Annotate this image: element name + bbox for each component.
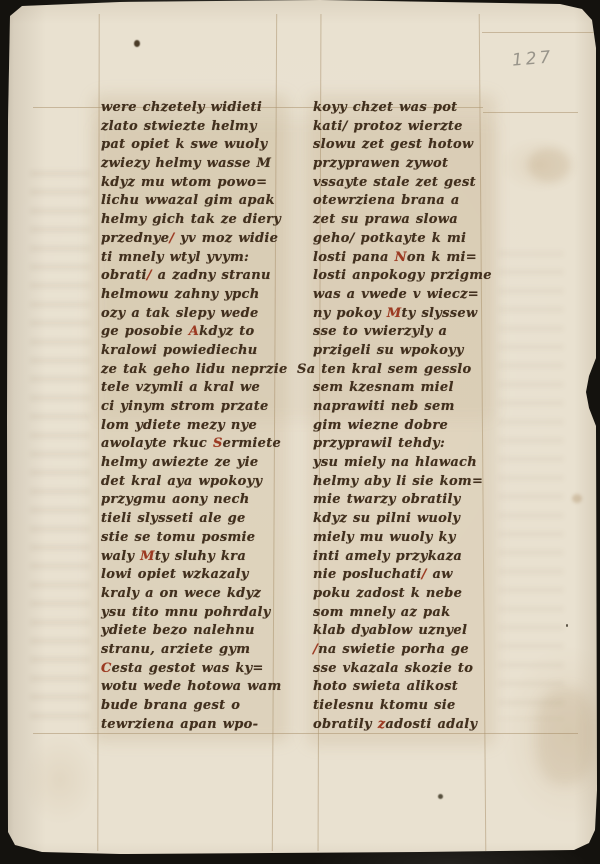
text-line: przyprawil tehdy: xyxy=(313,435,498,454)
text-segment: zwiezy helmy wasse M xyxy=(101,156,271,171)
text-segment: lom ydiete mezy nye xyxy=(101,418,257,433)
text-line: pat opiet k swe wuoly xyxy=(101,136,286,155)
text-segment: ze tak geho lidu neprzie xyxy=(101,362,288,377)
text-segment: lowi opiet wzkazaly xyxy=(101,567,249,582)
text-line: wotu wede hotowa wam xyxy=(101,678,286,697)
text-segment: pat opiet k swe wuoly xyxy=(101,137,268,152)
text-line: kdyz mu wtom powo= xyxy=(101,174,286,193)
text-segment: kdyz to xyxy=(199,324,254,339)
text-segment: som mnely az pak xyxy=(313,605,450,620)
text-line: slowu zet gest hotow xyxy=(313,136,498,155)
text-line: klab dyablow uznyel xyxy=(313,622,498,641)
text-line: kati/ protoz wierzte xyxy=(313,118,498,137)
text-segment: zlato stwiezte helmy xyxy=(101,119,257,134)
text-segment: kraly a on wece kdyz xyxy=(101,586,261,601)
text-segment: sse to vwierzyly a xyxy=(313,324,447,339)
text-line: were chzetely widieti xyxy=(101,99,286,118)
manuscript-photo: 127 were chzetely widietizlato stwiezte … xyxy=(0,0,600,864)
rubric-mark: N xyxy=(395,250,407,265)
rubric-mark: S xyxy=(213,436,223,451)
text-segment: det kral aya wpokoyy xyxy=(101,474,262,489)
text-segment: nie posluchati xyxy=(313,567,422,582)
speck xyxy=(566,624,568,627)
text-line: zwiezy helmy wasse M xyxy=(101,155,286,174)
text-line: sem kzesnam miel xyxy=(313,379,498,398)
rubric-mark: z xyxy=(372,717,386,732)
text-segment: gim wiezne dobre xyxy=(313,418,448,433)
text-segment: klab dyablow uznyel xyxy=(313,623,467,638)
text-line: przigeli su wpokoyy xyxy=(313,342,498,361)
text-segment: Sa ten kral sem gesslo xyxy=(297,362,471,377)
text-segment: ozy a tak slepy wede xyxy=(101,306,259,321)
rubric-mark: A xyxy=(189,324,199,339)
text-line: przygmu aony nech xyxy=(101,491,286,510)
text-line: tewrziena apan wpo- xyxy=(101,716,286,735)
text-segment: losti anpokogy przigme xyxy=(313,268,492,283)
text-segment: esta gestot was ky= xyxy=(112,661,264,676)
text-segment: stie se tomu posmie xyxy=(101,530,255,545)
text-line: zlato stwiezte helmy xyxy=(101,118,286,137)
text-line: tielesnu ktomu sie xyxy=(313,697,498,716)
text-line: ze tak geho lidu neprzie xyxy=(101,361,286,380)
text-line: mie twarzy obratily xyxy=(313,491,498,510)
text-line: koyy chzet was pot xyxy=(313,99,498,118)
text-segment: inti amely przykaza xyxy=(313,549,462,564)
text-segment: na swietie porha ge xyxy=(318,642,469,657)
text-segment: were chzetely widieti xyxy=(101,100,262,115)
text-line: lom ydiete mezy nye xyxy=(101,417,286,436)
text-line: ysu tito mnu pohrdaly xyxy=(101,604,286,623)
text-line: sse vkazala skozie to xyxy=(313,660,498,679)
text-segment: tele vzymli a kral we xyxy=(101,380,260,395)
text-line: miely mu wuoly ky xyxy=(313,529,498,548)
text-segment: sem kzesnam miel xyxy=(313,380,454,395)
text-line: kralowi powiediechu xyxy=(101,342,286,361)
text-segment: on k mi= xyxy=(407,250,477,265)
text-segment: przygmu aony nech xyxy=(101,492,250,507)
text-segment: bude brana gest o xyxy=(101,698,240,713)
text-line: ci yinym strom przate xyxy=(101,398,286,417)
text-segment: koyy chzet was pot xyxy=(313,100,458,115)
text-segment: aw xyxy=(427,567,453,582)
text-segment: helmy aby li sie kom= xyxy=(313,474,483,489)
text-line: otewrziena brana a xyxy=(313,192,498,211)
text-segment: ge posobie xyxy=(101,324,189,339)
text-segment: przednye xyxy=(101,231,169,246)
show-through-text xyxy=(498,250,564,720)
text-segment: przyprawil tehdy: xyxy=(313,436,445,451)
text-segment: miely mu wuoly ky xyxy=(313,530,456,545)
text-segment: vssayte stale zet gest xyxy=(313,175,476,190)
text-line: gim wiezne dobre xyxy=(313,417,498,436)
text-line: stranu, arziete gym xyxy=(101,641,286,660)
text-segment: obratily xyxy=(313,717,372,732)
rubric-mark: M xyxy=(387,306,402,321)
text-segment: ysu tito mnu pohrdaly xyxy=(101,605,271,620)
text-line: helmy aby li sie kom= xyxy=(313,473,498,492)
text-line: sse to vwierzyly a xyxy=(313,323,498,342)
photo-background: { "page": { "folio_number": "127", "colo… xyxy=(0,0,600,864)
text-segment: adosti adaly xyxy=(385,717,477,732)
text-segment: yv moz widie xyxy=(174,231,278,246)
stain xyxy=(572,494,582,503)
text-segment: przyprawen zywot xyxy=(313,156,448,171)
text-line: inti amely przykaza xyxy=(313,548,498,567)
text-segment: kati/ protoz wierzte xyxy=(313,119,463,134)
text-segment: lichu wwazal gim apak xyxy=(101,193,275,208)
text-line: vssayte stale zet gest xyxy=(313,174,498,193)
text-segment: tewrziena apan wpo- xyxy=(101,717,258,732)
text-line: was a vwede v wiecz= xyxy=(313,286,498,305)
text-line: przyprawen zywot xyxy=(313,155,498,174)
text-column-left: were chzetely widietizlato stwiezte helm… xyxy=(101,99,286,734)
text-segment: sse vkazala skozie to xyxy=(313,661,473,676)
text-line: awolayte rkuc Sermiete xyxy=(101,435,286,454)
text-line: ysu miely na hlawach xyxy=(313,454,498,473)
text-segment: slowu zet gest hotow xyxy=(313,137,473,152)
text-segment: ty slyssew xyxy=(401,306,477,321)
text-segment: kdyz su pilni wuoly xyxy=(313,511,460,526)
text-segment: hoto swieta alikost xyxy=(313,679,458,694)
text-segment: zet su prawa slowa xyxy=(313,212,458,227)
show-through-text xyxy=(30,170,90,730)
text-line: ti mnely wtyl yvym: xyxy=(101,249,286,268)
text-segment: helmy gich tak ze diery xyxy=(101,212,281,227)
text-segment: poku zadost k nebe xyxy=(313,586,462,601)
text-segment: helmowu zahny ypch xyxy=(101,287,259,302)
text-line: geho/ potkayte k mi xyxy=(313,230,498,249)
text-line: zet su prawa slowa xyxy=(313,211,498,230)
text-segment: ermiete xyxy=(223,436,281,451)
text-segment: kdyz mu wtom powo= xyxy=(101,175,267,190)
ink-dot xyxy=(438,794,443,799)
text-line: tieli slysseti ale ge xyxy=(101,510,286,529)
text-line: ydiete bezo nalehnu xyxy=(101,622,286,641)
text-line: lowi opiet wzkazaly xyxy=(101,566,286,585)
ruling-line xyxy=(482,32,596,33)
folio-number: 127 xyxy=(511,47,554,71)
text-line: Sa ten kral sem gesslo xyxy=(297,361,498,380)
text-segment: ysu miely na hlawach xyxy=(313,455,477,470)
text-segment: ti mnely wtyl yvym: xyxy=(101,250,249,265)
text-segment: wotu wede hotowa wam xyxy=(101,679,282,694)
text-line: ny pokoy Mty slyssew xyxy=(313,305,498,324)
text-line: naprawiti neb sem xyxy=(313,398,498,417)
text-line: stie se tomu posmie xyxy=(101,529,286,548)
text-segment: tieli slysseti ale ge xyxy=(101,511,246,526)
text-line: Cesta gestot was ky= xyxy=(101,660,286,679)
text-line: nie posluchati/ aw xyxy=(313,566,498,585)
text-segment: helmy awiezte ze yie xyxy=(101,455,258,470)
text-line: kraly a on wece kdyz xyxy=(101,585,286,604)
text-segment: losti pana xyxy=(313,250,395,265)
text-segment: a zadny stranu xyxy=(152,268,271,283)
stain xyxy=(536,688,594,784)
text-line: obratily zadosti adaly xyxy=(313,716,498,735)
text-line: ozy a tak slepy wede xyxy=(101,305,286,324)
text-segment: tielesnu ktomu sie xyxy=(313,698,456,713)
manuscript-page: 127 were chzetely widietizlato stwiezte … xyxy=(0,0,600,864)
text-line: helmy gich tak ze diery xyxy=(101,211,286,230)
text-line: lichu wwazal gim apak xyxy=(101,192,286,211)
text-line: tele vzymli a kral we xyxy=(101,379,286,398)
text-line: helmowu zahny ypch xyxy=(101,286,286,305)
text-line: ge posobie Akdyz to xyxy=(101,323,286,342)
text-segment: waly xyxy=(101,549,140,564)
text-line: som mnely az pak xyxy=(313,604,498,623)
text-line: losti pana Non k mi= xyxy=(313,249,498,268)
text-segment: przigeli su wpokoyy xyxy=(313,343,464,358)
rubric-mark: M xyxy=(140,549,155,564)
text-line: przednye/ yv moz widie xyxy=(101,230,286,249)
text-line: obrati/ a zadny stranu xyxy=(101,267,286,286)
text-line: losti anpokogy przigme xyxy=(313,267,498,286)
text-segment: geho/ potkayte k mi xyxy=(313,231,466,246)
text-line: helmy awiezte ze yie xyxy=(101,454,286,473)
text-segment: awolayte rkuc xyxy=(101,436,213,451)
text-segment: obrati xyxy=(101,268,147,283)
text-line: poku zadost k nebe xyxy=(313,585,498,604)
text-segment: mie twarzy obratily xyxy=(313,492,461,507)
text-line: bude brana gest o xyxy=(101,697,286,716)
text-segment: ty sluhy kra xyxy=(155,549,246,564)
text-segment: naprawiti neb sem xyxy=(313,399,455,414)
text-line: /na swietie porha ge xyxy=(313,641,498,660)
stain xyxy=(528,148,570,182)
rubric-mark: C xyxy=(101,661,112,676)
text-segment: kralowi powiediechu xyxy=(101,343,258,358)
text-segment: was a vwede v wiecz= xyxy=(313,287,479,302)
text-line: det kral aya wpokoyy xyxy=(101,473,286,492)
ink-dot xyxy=(134,40,140,47)
text-line: kdyz su pilni wuoly xyxy=(313,510,498,529)
text-line: hoto swieta alikost xyxy=(313,678,498,697)
text-column-right: koyy chzet was potkati/ protoz wierztesl… xyxy=(313,99,498,734)
text-segment: ny pokoy xyxy=(313,306,387,321)
text-segment: ydiete bezo nalehnu xyxy=(101,623,255,638)
text-segment: stranu, arziete gym xyxy=(101,642,250,657)
text-line: waly Mty sluhy kra xyxy=(101,548,286,567)
text-segment: otewrziena brana a xyxy=(313,193,460,208)
text-segment: ci yinym strom przate xyxy=(101,399,269,414)
